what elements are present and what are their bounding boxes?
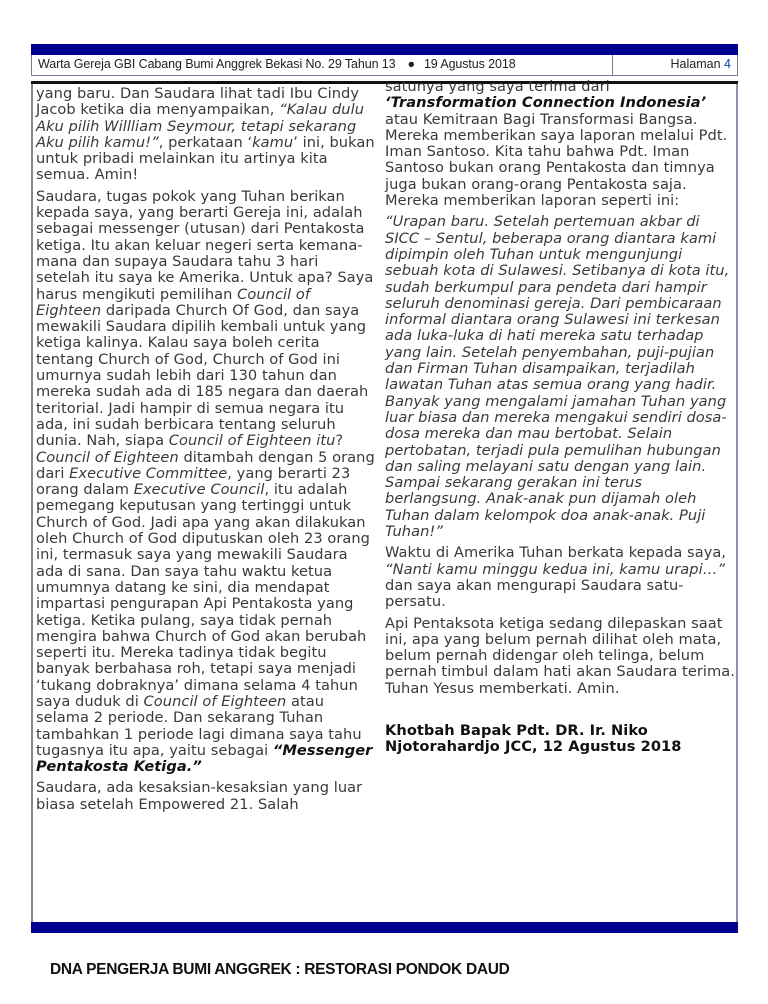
text: daripada Church Of God, dan saya mewakil…: [36, 302, 368, 449]
paragraph: Waktu di Amerika Tuhan berkata kepada sa…: [385, 545, 736, 610]
top-color-bar: [31, 44, 738, 55]
text: , perkataan ‘: [159, 134, 252, 151]
text: , itu adalah pemegang keputusan yang ter…: [36, 481, 370, 710]
text: satunya yang saya terima dari: [385, 78, 610, 95]
left-column: yang baru. Dan Saudara lihat tadi Ibu Ci…: [33, 84, 375, 922]
paragraph: yang baru. Dan Saudara lihat tadi Ibu Ci…: [36, 86, 375, 184]
text: Saudara, tugas pokok yang Tuhan berikan …: [36, 188, 373, 303]
page-indicator: Halaman 4: [613, 55, 737, 75]
italic-term: Council of Eighteen: [144, 693, 287, 710]
page-header: Warta Gereja GBI Cabang Bumi Anggrek Bek…: [31, 55, 738, 76]
italic-word: kamu: [252, 134, 293, 151]
publication-title: Warta Gereja GBI Cabang Bumi Anggrek Bek…: [38, 57, 396, 71]
text: Waktu di Amerika Tuhan berkata kepada sa…: [385, 544, 726, 561]
bullet-separator: ●: [408, 57, 415, 71]
newsletter-page: Warta Gereja GBI Cabang Bumi Anggrek Bek…: [31, 44, 738, 933]
footer-slogan: DNA PENGERJA BUMI ANGGREK : RESTORASI PO…: [50, 961, 510, 979]
paragraph: Saudara, tugas pokok yang Tuhan berikan …: [36, 189, 375, 776]
text: ?: [335, 432, 343, 449]
sermon-signature: Khotbah Bapak Pdt. DR. Ir. Niko Njotorah…: [385, 723, 736, 756]
text: atau Kemitraan Bagi Transformasi Bangsa.…: [385, 111, 727, 209]
page-label: Halaman: [671, 57, 721, 71]
page-number: 4: [724, 57, 731, 71]
paragraph: Api Pentaksota ketiga sedang dilepaskan …: [385, 616, 736, 697]
text: dan saya akan mengurapi Saudara satu-per…: [385, 577, 684, 610]
header-publication-info: Warta Gereja GBI Cabang Bumi Anggrek Bek…: [32, 55, 613, 75]
bold-italic-org-name: ‘Transformation Connection Indonesia’: [385, 94, 706, 111]
bottom-color-bar: [31, 922, 738, 933]
article-body: yang baru. Dan Saudara lihat tadi Ibu Ci…: [31, 84, 738, 922]
paragraph: Saudara, ada kesaksian-kesaksian yang lu…: [36, 780, 375, 813]
right-column: satunya yang saya terima dari ‘Transform…: [375, 79, 736, 922]
italic-term: Executive Council: [134, 481, 265, 498]
italic-term: Council of Eighteen: [36, 449, 179, 466]
paragraph: satunya yang saya terima dari ‘Transform…: [385, 79, 736, 209]
publication-date: 19 Agustus 2018: [424, 57, 516, 71]
italic-quote: “Nanti kamu minggu kedua ini, kamu urapi…: [385, 561, 725, 578]
quoted-report: “Urapan baru. Setelah pertemuan akbar di…: [385, 214, 736, 540]
italic-term: Executive Committee: [69, 465, 227, 482]
italic-term: Council of Eighteen itu: [169, 432, 336, 449]
